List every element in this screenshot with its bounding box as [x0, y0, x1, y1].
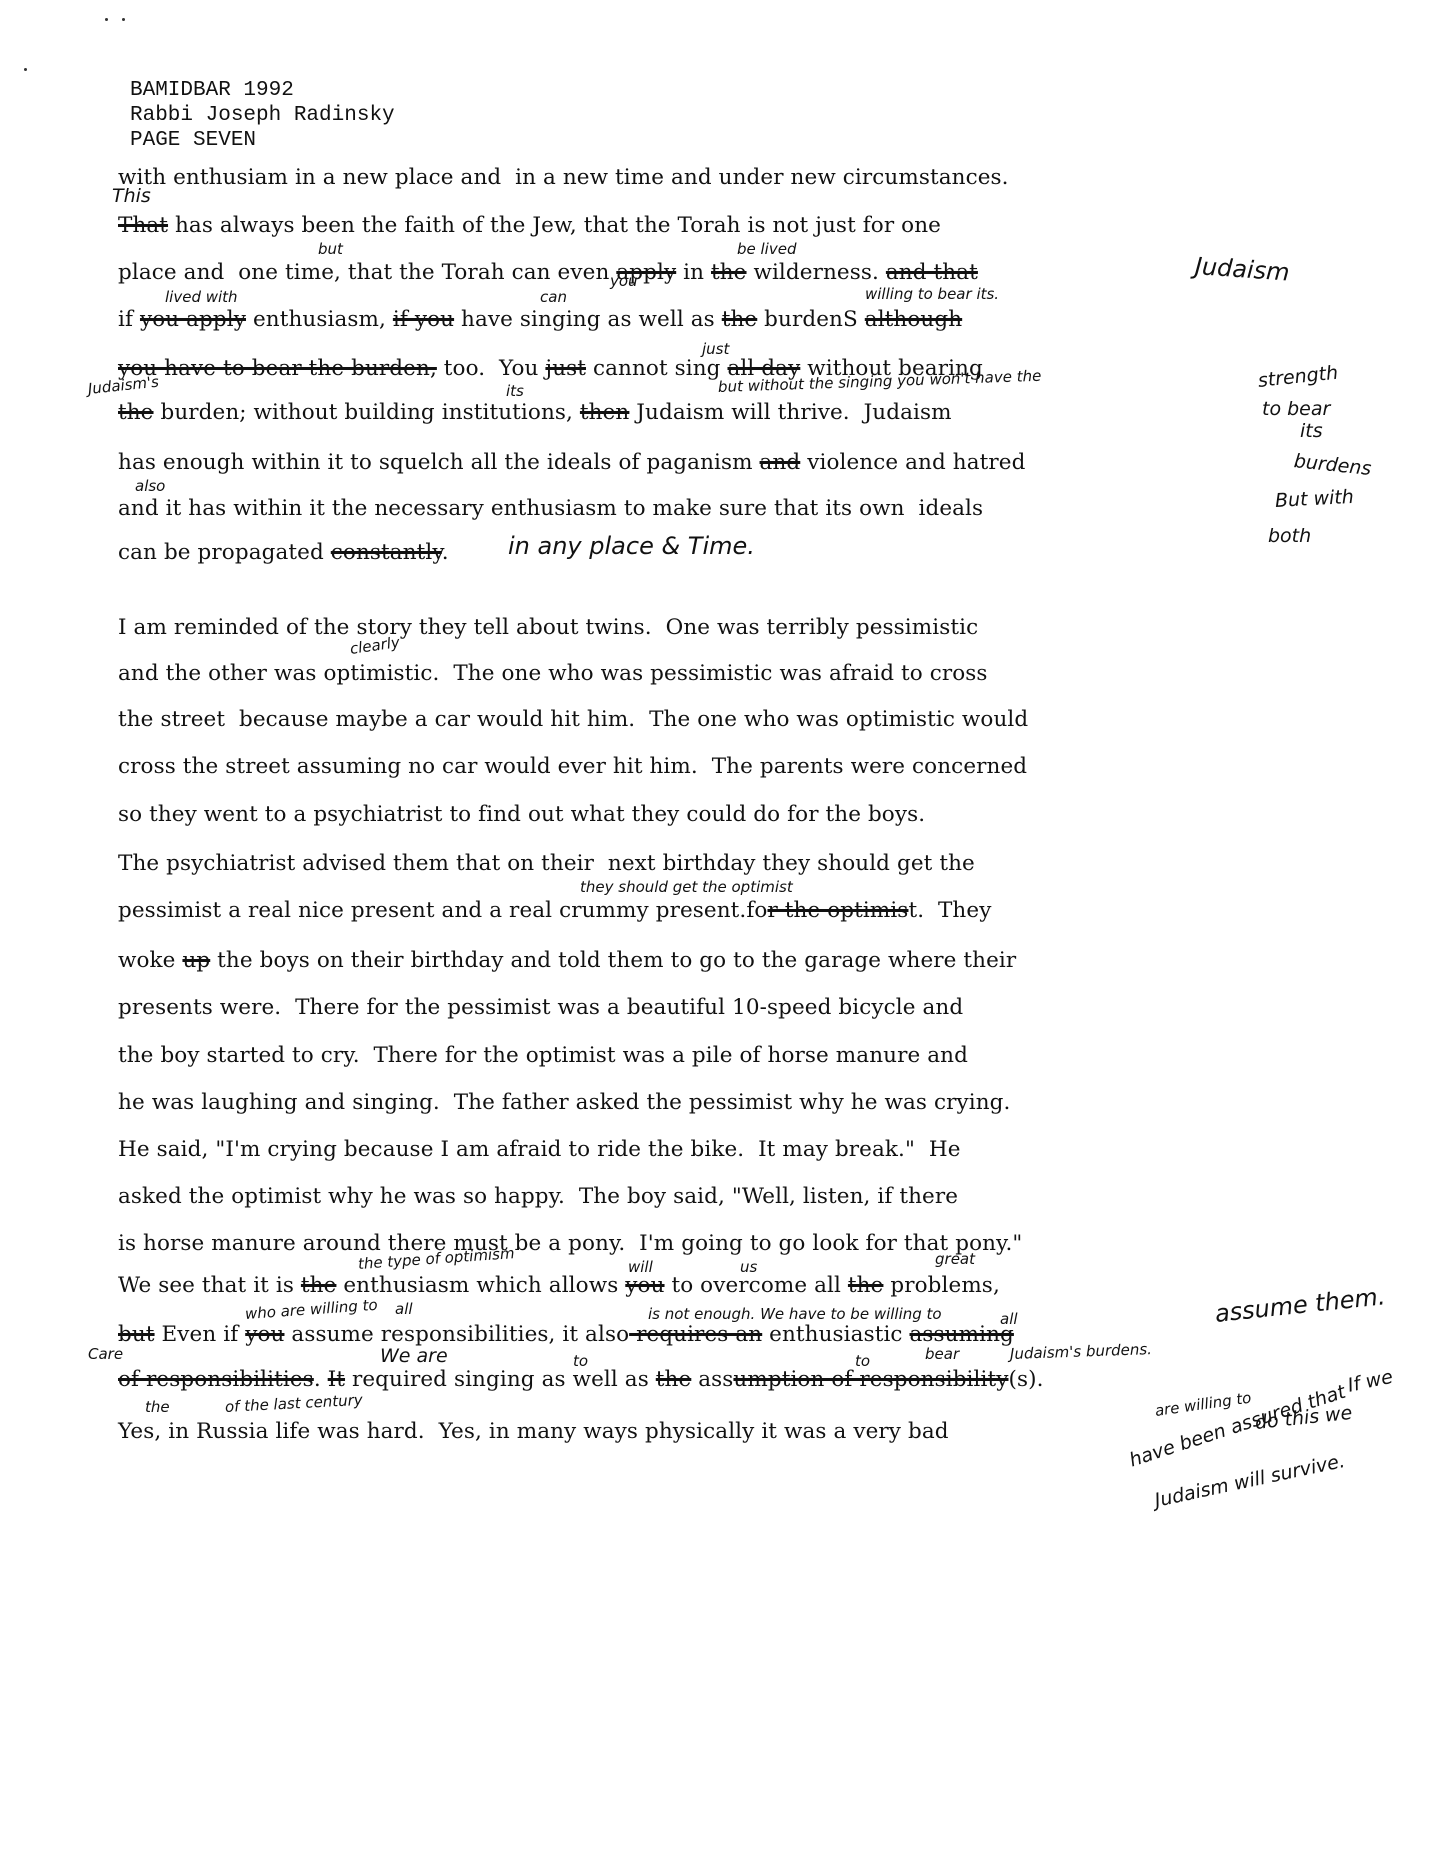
handwritten-note: you [610, 272, 638, 290]
handwritten-note: assume them. [1214, 1282, 1387, 1328]
handwritten-note: its [1300, 420, 1323, 442]
text-line: he was laughing and singing. The father … [118, 1090, 1010, 1115]
text-line: the boy started to cry. There for the op… [118, 1043, 968, 1068]
handwritten-note: We are [380, 1345, 448, 1367]
handwritten-note: This [112, 185, 151, 207]
handwritten-note: burdens [1293, 450, 1372, 480]
scan-speck [24, 68, 27, 71]
text-line: but Even if you assume responsibilities,… [118, 1322, 1014, 1347]
handwritten-note: who are willing to [244, 1296, 378, 1323]
handwritten-note: But with [1274, 486, 1354, 512]
text-line: has enough within it to squelch all the … [118, 450, 1025, 475]
handwritten-note: is not enough. We have to be willing to [648, 1305, 942, 1323]
handwritten-note: to [855, 1352, 870, 1370]
header-title: BAMIDBAR 1992 [130, 78, 395, 103]
text-line: with enthusiam in a new place and in a n… [118, 165, 1009, 190]
handwritten-note: of the last century [225, 1391, 364, 1416]
handwritten-note: both [1268, 525, 1311, 547]
handwritten-note: bear [925, 1345, 959, 1363]
text-line: of responsibilities. It required singing… [118, 1367, 1044, 1392]
text-line: the burden; without building institution… [118, 400, 952, 425]
text-line: and the other was optimistic. The one wh… [118, 661, 988, 686]
text-line: He said, "I'm crying because I am afraid… [118, 1137, 961, 1162]
handwritten-note: in any place & Time. [508, 532, 755, 560]
header-author: Rabbi Joseph Radinsky [130, 103, 395, 128]
document-header: BAMIDBAR 1992 Rabbi Joseph Radinsky PAGE… [130, 78, 395, 153]
handwritten-note: be lived [737, 240, 796, 258]
text-line: and it has within it the necessary enthu… [118, 496, 983, 521]
handwritten-note: also [135, 477, 165, 495]
scan-speck [105, 18, 108, 21]
handwritten-note: Judaism's [87, 373, 160, 398]
handwritten-note: just [702, 340, 729, 358]
handwritten-note: us [740, 1258, 757, 1276]
handwritten-note: Judaism's burdens. [1010, 1340, 1153, 1363]
handwritten-note: will [628, 1258, 653, 1276]
handwritten-note: lived with [165, 288, 238, 306]
handwritten-note: they should get the optimist [580, 878, 793, 896]
text-line: pessimist a real nice present and a real… [118, 898, 991, 923]
handwritten-note: all [395, 1300, 413, 1318]
handwritten-note: Judaism will survive. [1153, 1450, 1347, 1512]
document-page: BAMIDBAR 1992 Rabbi Joseph Radinsky PAGE… [0, 0, 1430, 1851]
text-line: That has always been the faith of the Je… [118, 213, 941, 238]
handwritten-note: If we [1346, 1366, 1395, 1397]
text-line: Yes, in Russia life was hard. Yes, in ma… [118, 1419, 949, 1444]
handwritten-note: the [145, 1398, 170, 1416]
handwritten-note: Care [88, 1345, 123, 1363]
handwritten-note: Judaism [1194, 252, 1291, 287]
handwritten-note: to [573, 1352, 588, 1370]
handwritten-note: great [935, 1250, 975, 1268]
text-line: The psychiatrist advised them that on th… [118, 851, 975, 876]
text-line: asked the optimist why he was so happy. … [118, 1184, 958, 1209]
handwritten-note: strength [1257, 362, 1339, 392]
text-line: place and one time, that the Torah can e… [118, 260, 978, 285]
text-line: is horse manure around there must be a p… [118, 1231, 1022, 1256]
handwritten-note: willing to bear its. [865, 285, 999, 303]
header-page: PAGE SEVEN [130, 128, 395, 153]
handwritten-note: to bear [1262, 398, 1330, 420]
text-line: We see that it is the enthusiasm which a… [118, 1273, 1000, 1298]
handwritten-note: its [506, 382, 524, 400]
text-line: can be propagated constantly. [118, 540, 449, 565]
text-line: the street because maybe a car would hit… [118, 707, 1028, 732]
text-line: cross the street assuming no car would e… [118, 754, 1027, 779]
text-line: I am reminded of the story they tell abo… [118, 615, 978, 640]
handwritten-note: all [1000, 1310, 1018, 1328]
handwritten-note: but [318, 240, 343, 258]
scan-speck [122, 18, 125, 21]
text-line: if you apply enthusiasm, if you have sin… [118, 307, 962, 332]
text-line: woke up the boys on their birthday and t… [118, 948, 1016, 973]
text-line: presents were. There for the pessimist w… [118, 995, 963, 1020]
handwritten-note: can [540, 288, 567, 306]
text-line: so they went to a psychiatrist to find o… [118, 802, 925, 827]
